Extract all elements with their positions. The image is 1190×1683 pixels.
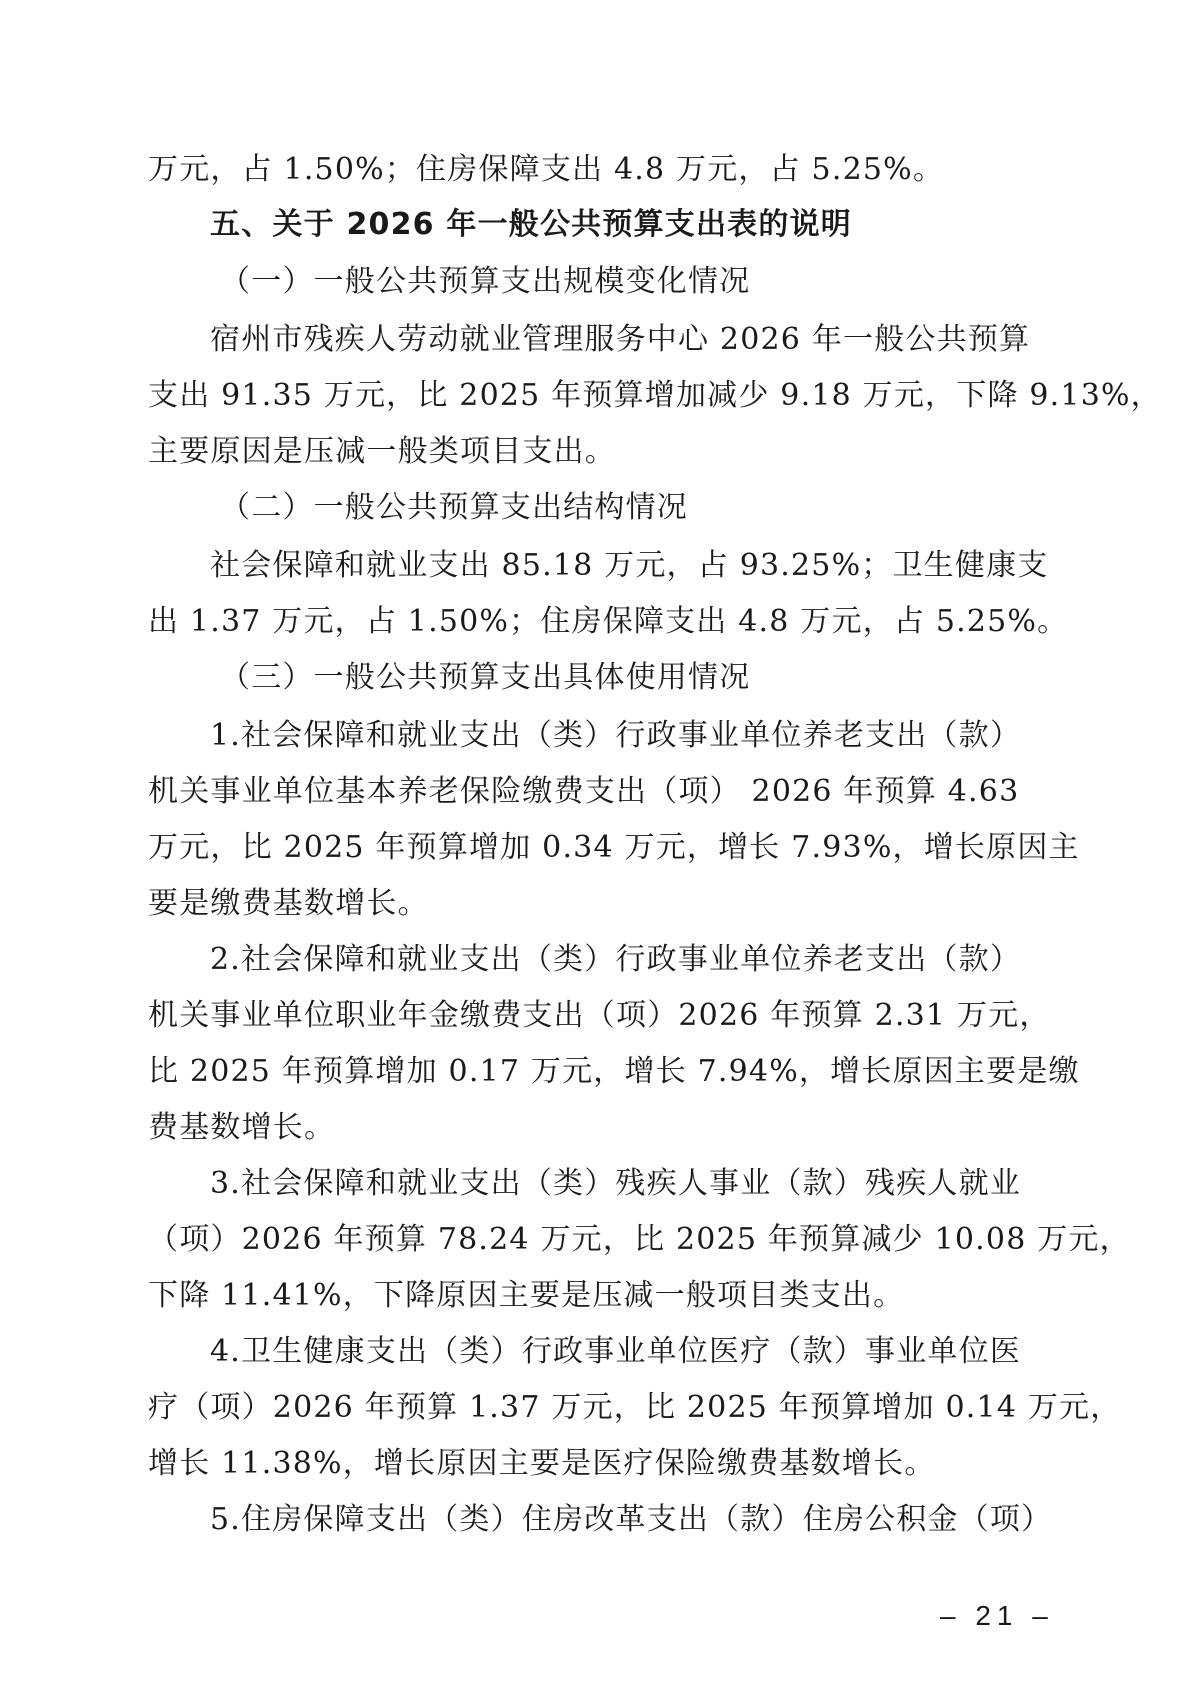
paragraph-line: 支出 91.35 万元，比 2025 年预算增加减少 9.18 万元，下降 9.… — [148, 376, 1038, 416]
paragraph-line: 主要原因是压减一般类项目支出。 — [148, 432, 1038, 472]
document-page: 万元，占 1.50%；住房保障支出 4.8 万元，占 5.25%。五、关于 20… — [0, 0, 1190, 1683]
subsection-heading: （二）一般公共预算支出结构情况 — [220, 488, 1110, 528]
paragraph-line: 宿州市残疾人劳动就业管理服务中心 2026 年一般公共预算 — [210, 320, 1100, 360]
paragraph-line: 出 1.37 万元，占 1.50%；住房保障支出 4.8 万元，占 5.25%。 — [148, 602, 1038, 642]
paragraph-line: 机关事业单位职业年金缴费支出（项）2026 年预算 2.31 万元， — [148, 996, 1038, 1036]
paragraph-line: 机关事业单位基本养老保险缴费支出（项） 2026 年预算 4.63 — [148, 772, 1038, 812]
paragraph-line: 5.住房保障支出（类）住房改革支出（款）住房公积金（项） — [210, 1500, 1100, 1540]
section-heading: 五、关于 2026 年一般公共预算支出表的说明 — [210, 205, 1100, 245]
paragraph-line: 费基数增长。 — [148, 1108, 1038, 1148]
paragraph-line: 3.社会保障和就业支出（类）残疾人事业（款）残疾人就业 — [210, 1164, 1100, 1204]
paragraph-line: 社会保障和就业支出 85.18 万元，占 93.25%；卫生健康支 — [210, 546, 1100, 586]
paragraph-line: 4.卫生健康支出（类）行政事业单位医疗（款）事业单位医 — [210, 1332, 1100, 1372]
paragraph-line: 比 2025 年预算增加 0.17 万元，增长 7.94%，增长原因主要是缴 — [148, 1052, 1038, 1092]
paragraph-line: （项）2026 年预算 78.24 万元，比 2025 年预算减少 10.08 … — [148, 1220, 1038, 1260]
paragraph-line: 增长 11.38%，增长原因主要是医疗保险缴费基数增长。 — [148, 1444, 1038, 1484]
paragraph-line: 万元，占 1.50%；住房保障支出 4.8 万元，占 5.25%。 — [148, 150, 1038, 190]
page-number: – 21 – — [940, 1600, 1054, 1632]
paragraph-line: 万元，比 2025 年预算增加 0.34 万元，增长 7.93%，增长原因主 — [148, 828, 1038, 868]
subsection-heading: （一）一般公共预算支出规模变化情况 — [220, 262, 1110, 302]
subsection-heading: （三）一般公共预算支出具体使用情况 — [220, 658, 1110, 698]
paragraph-line: 1.社会保障和就业支出（类）行政事业单位养老支出（款） — [210, 716, 1100, 756]
paragraph-line: 要是缴费基数增长。 — [148, 884, 1038, 924]
paragraph-line: 疗（项）2026 年预算 1.37 万元，比 2025 年预算增加 0.14 万… — [148, 1388, 1038, 1428]
paragraph-line: 下降 11.41%，下降原因主要是压减一般项目类支出。 — [148, 1276, 1038, 1316]
paragraph-line: 2.社会保障和就业支出（类）行政事业单位养老支出（款） — [210, 940, 1100, 980]
